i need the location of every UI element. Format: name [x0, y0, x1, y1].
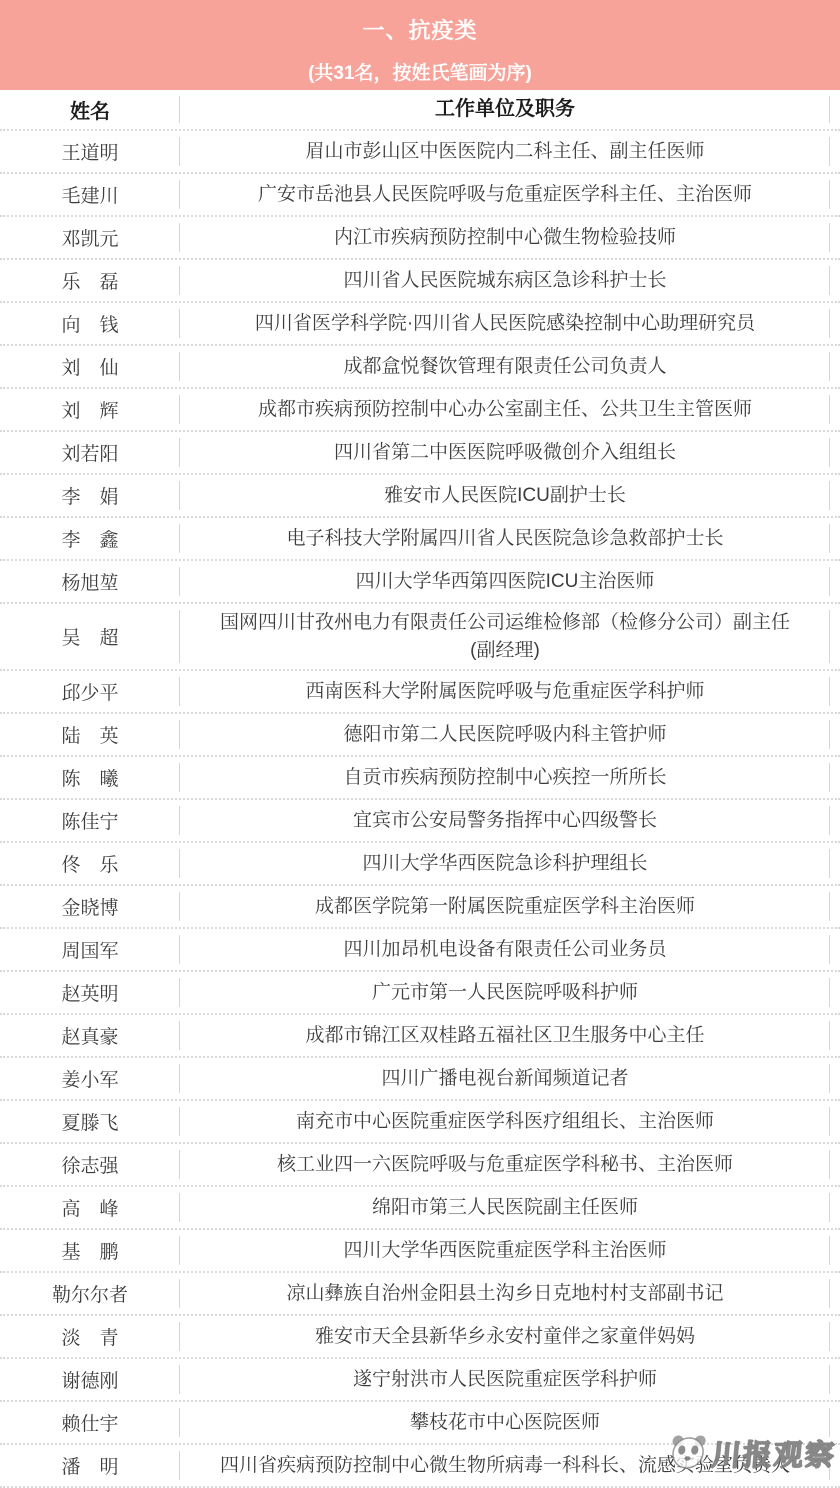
awardee-name: 邱少平 [0, 671, 180, 712]
awardee-name: 向 钱 [0, 303, 180, 344]
awardee-position: 四川大学华西医院重症医学科主治医师 [180, 1230, 840, 1271]
awardee-position: 四川大学华西第四医院ICU主治医师 [180, 561, 840, 602]
table-row: 毛建川 广安市岳池县人民医院呼吸与危重症医学科主任、主治医师 [0, 174, 840, 217]
awardee-position: 眉山市彭山区中医医院内二科主任、副主任医师 [180, 131, 840, 172]
awardee-position: 遂宁射洪市人民医院重症医学科护师 [180, 1359, 840, 1400]
table-row: 高 峰 绵阳市第三人民医院副主任医师 [0, 1187, 840, 1230]
awardee-position: 绵阳市第三人民医院副主任医师 [180, 1187, 840, 1228]
awardee-position: 电子科技大学附属四川省人民医院急诊急救部护士长 [180, 518, 840, 559]
table-row: 陈 曦 自贡市疾病预防控制中心疾控一所所长 [0, 757, 840, 800]
awardee-name: 刘若阳 [0, 432, 180, 473]
awardee-name: 李 娟 [0, 475, 180, 516]
awardee-name: 赵真豪 [0, 1015, 180, 1056]
awardee-name: 刘 辉 [0, 389, 180, 430]
category-banner: 一、抗疫类 (共31名，按姓氏笔画为序) [0, 0, 840, 90]
table-row: 夏滕飞 南充市中心医院重症医学科医疗组组长、主治医师 [0, 1101, 840, 1144]
awardee-name: 邓凯元 [0, 217, 180, 258]
awardee-position: 四川省第二中医医院呼吸微创介入组组长 [180, 432, 840, 473]
table-row: 周国军 四川加昂机电设备有限责任公司业务员 [0, 929, 840, 972]
table-row: 基 鹏 四川大学华西医院重症医学科主治医师 [0, 1230, 840, 1273]
awardee-position: 四川加昂机电设备有限责任公司业务员 [180, 929, 840, 970]
table-row: 邓凯元 内江市疾病预防控制中心微生物检验技师 [0, 217, 840, 260]
awardee-name: 高 峰 [0, 1187, 180, 1228]
awardee-position: 广安市岳池县人民医院呼吸与危重症医学科主任、主治医师 [180, 174, 840, 215]
table-row: 王道明 眉山市彭山区中医医院内二科主任、副主任医师 [0, 131, 840, 174]
awardee-name: 毛建川 [0, 174, 180, 215]
awardee-position: 广元市第一人民医院呼吸科护师 [180, 972, 840, 1013]
table-row: 向 钱 四川省医学科学院·四川省人民医院感染控制中心助理研究员 [0, 303, 840, 346]
awardee-position: 四川省人民医院城东病区急诊科护士长 [180, 260, 840, 301]
table-row: 潘 明 四川省疾病预防控制中心微生物所病毒一科科长、流感实验室负责人 [0, 1445, 840, 1488]
awardee-position: 南充市中心医院重症医学科医疗组组长、主治医师 [180, 1101, 840, 1142]
column-header-name: 姓名 [0, 90, 180, 129]
awardee-name: 陆 英 [0, 714, 180, 755]
table-row: 李 娟 雅安市人民医院ICU副护士长 [0, 475, 840, 518]
table-row: 勒尔尔者 凉山彝族自治州金阳县土沟乡日克地村村支部副书记 [0, 1273, 840, 1316]
table-row: 乐 磊 四川省人民医院城东病区急诊科护士长 [0, 260, 840, 303]
awardee-position: 德阳市第二人民医院呼吸内科主管护师 [180, 714, 840, 755]
awardee-name: 谢德刚 [0, 1359, 180, 1400]
table-row: 李 鑫 电子科技大学附属四川省人民医院急诊急救部护士长 [0, 518, 840, 561]
awardee-name: 陈佳宁 [0, 800, 180, 841]
awardee-position: 内江市疾病预防控制中心微生物检验技师 [180, 217, 840, 258]
awardee-position: 国网四川甘孜州电力有限责任公司运维检修部（检修分公司）副主任 (副经理) [180, 604, 840, 669]
category-title: 一、抗疫类 [0, 0, 840, 45]
table-row: 吴 超 国网四川甘孜州电力有限责任公司运维检修部（检修分公司）副主任 (副经理) [0, 604, 840, 671]
table-row: 赵英明 广元市第一人民医院呼吸科护师 [0, 972, 840, 1015]
awardee-name: 夏滕飞 [0, 1101, 180, 1142]
awardee-position: 核工业四一六医院呼吸与危重症医学科秘书、主治医师 [180, 1144, 840, 1185]
awardee-name: 陈 曦 [0, 757, 180, 798]
awardee-position: 四川广播电视台新闻频道记者 [180, 1058, 840, 1099]
table-row: 谢德刚 遂宁射洪市人民医院重症医学科护师 [0, 1359, 840, 1402]
awardee-name: 杨旭堃 [0, 561, 180, 602]
awardee-name: 李 鑫 [0, 518, 180, 559]
awardee-name: 赵英明 [0, 972, 180, 1013]
awardee-position: 成都市疾病预防控制中心办公室副主任、公共卫生主管医师 [180, 389, 840, 430]
table-header-row: 姓名 工作单位及职务 [0, 90, 840, 131]
awardee-position: 凉山彝族自治州金阳县土沟乡日克地村村支部副书记 [180, 1273, 840, 1314]
table-row: 陈佳宁 宜宾市公安局警务指挥中心四级警长 [0, 800, 840, 843]
awardee-name: 佟 乐 [0, 843, 180, 884]
column-header-position: 工作单位及职务 [180, 90, 840, 129]
awardee-name: 淡 青 [0, 1316, 180, 1357]
awardee-name: 勒尔尔者 [0, 1273, 180, 1314]
awardee-name: 姜小军 [0, 1058, 180, 1099]
awardee-position: 自贡市疾病预防控制中心疾控一所所长 [180, 757, 840, 798]
table-row: 淡 青 雅安市天全县新华乡永安村童伴之家童伴妈妈 [0, 1316, 840, 1359]
awardee-position: 成都医学院第一附属医院重症医学科主治医师 [180, 886, 840, 927]
table-row: 邱少平 西南医科大学附属医院呼吸与危重症医学科护师 [0, 671, 840, 714]
table-row: 赖仕宇 攀枝花市中心医院医师 [0, 1402, 840, 1445]
awardee-position: 四川大学华西医院急诊科护理组长 [180, 843, 840, 884]
category-subtitle: (共31名，按姓氏笔画为序) [0, 58, 840, 85]
table-row: 徐志强 核工业四一六医院呼吸与危重症医学科秘书、主治医师 [0, 1144, 840, 1187]
awardee-position: 四川省医学科学院·四川省人民医院感染控制中心助理研究员 [180, 303, 840, 344]
table-row: 刘 辉 成都市疾病预防控制中心办公室副主任、公共卫生主管医师 [0, 389, 840, 432]
awardees-table: 姓名 工作单位及职务 王道明 眉山市彭山区中医医院内二科主任、副主任医师 毛建川… [0, 90, 840, 1488]
awardee-name: 吴 超 [0, 604, 180, 669]
awardee-position: 成都盒悦餐饮管理有限责任公司负责人 [180, 346, 840, 387]
table-row: 姜小军 四川广播电视台新闻频道记者 [0, 1058, 840, 1101]
awardee-position: 成都市锦江区双桂路五福社区卫生服务中心主任 [180, 1015, 840, 1056]
awardee-name: 徐志强 [0, 1144, 180, 1185]
table-body: 王道明 眉山市彭山区中医医院内二科主任、副主任医师 毛建川 广安市岳池县人民医院… [0, 131, 840, 1488]
award-list-page: 一、抗疫类 (共31名，按姓氏笔画为序) 姓名 工作单位及职务 王道明 眉山市彭… [0, 0, 840, 1488]
awardee-position: 攀枝花市中心医院医师 [180, 1402, 840, 1443]
awardee-name: 周国军 [0, 929, 180, 970]
table-row: 陆 英 德阳市第二人民医院呼吸内科主管护师 [0, 714, 840, 757]
table-row: 赵真豪 成都市锦江区双桂路五福社区卫生服务中心主任 [0, 1015, 840, 1058]
awardee-position: 雅安市天全县新华乡永安村童伴之家童伴妈妈 [180, 1316, 840, 1357]
awardee-name: 乐 磊 [0, 260, 180, 301]
awardee-position: 四川省疾病预防控制中心微生物所病毒一科科长、流感实验室负责人 [180, 1445, 840, 1486]
table-row: 佟 乐 四川大学华西医院急诊科护理组长 [0, 843, 840, 886]
awardee-name: 刘 仙 [0, 346, 180, 387]
table-row: 刘 仙 成都盒悦餐饮管理有限责任公司负责人 [0, 346, 840, 389]
awardee-name: 金晓博 [0, 886, 180, 927]
awardee-name: 潘 明 [0, 1445, 180, 1486]
awardee-name: 赖仕宇 [0, 1402, 180, 1443]
awardee-name: 王道明 [0, 131, 180, 172]
table-row: 金晓博 成都医学院第一附属医院重症医学科主治医师 [0, 886, 840, 929]
table-row: 刘若阳 四川省第二中医医院呼吸微创介入组组长 [0, 432, 840, 475]
awardee-position: 西南医科大学附属医院呼吸与危重症医学科护师 [180, 671, 840, 712]
awardee-name: 基 鹏 [0, 1230, 180, 1271]
awardee-position: 宜宾市公安局警务指挥中心四级警长 [180, 800, 840, 841]
table-row: 杨旭堃 四川大学华西第四医院ICU主治医师 [0, 561, 840, 604]
awardee-position: 雅安市人民医院ICU副护士长 [180, 475, 840, 516]
